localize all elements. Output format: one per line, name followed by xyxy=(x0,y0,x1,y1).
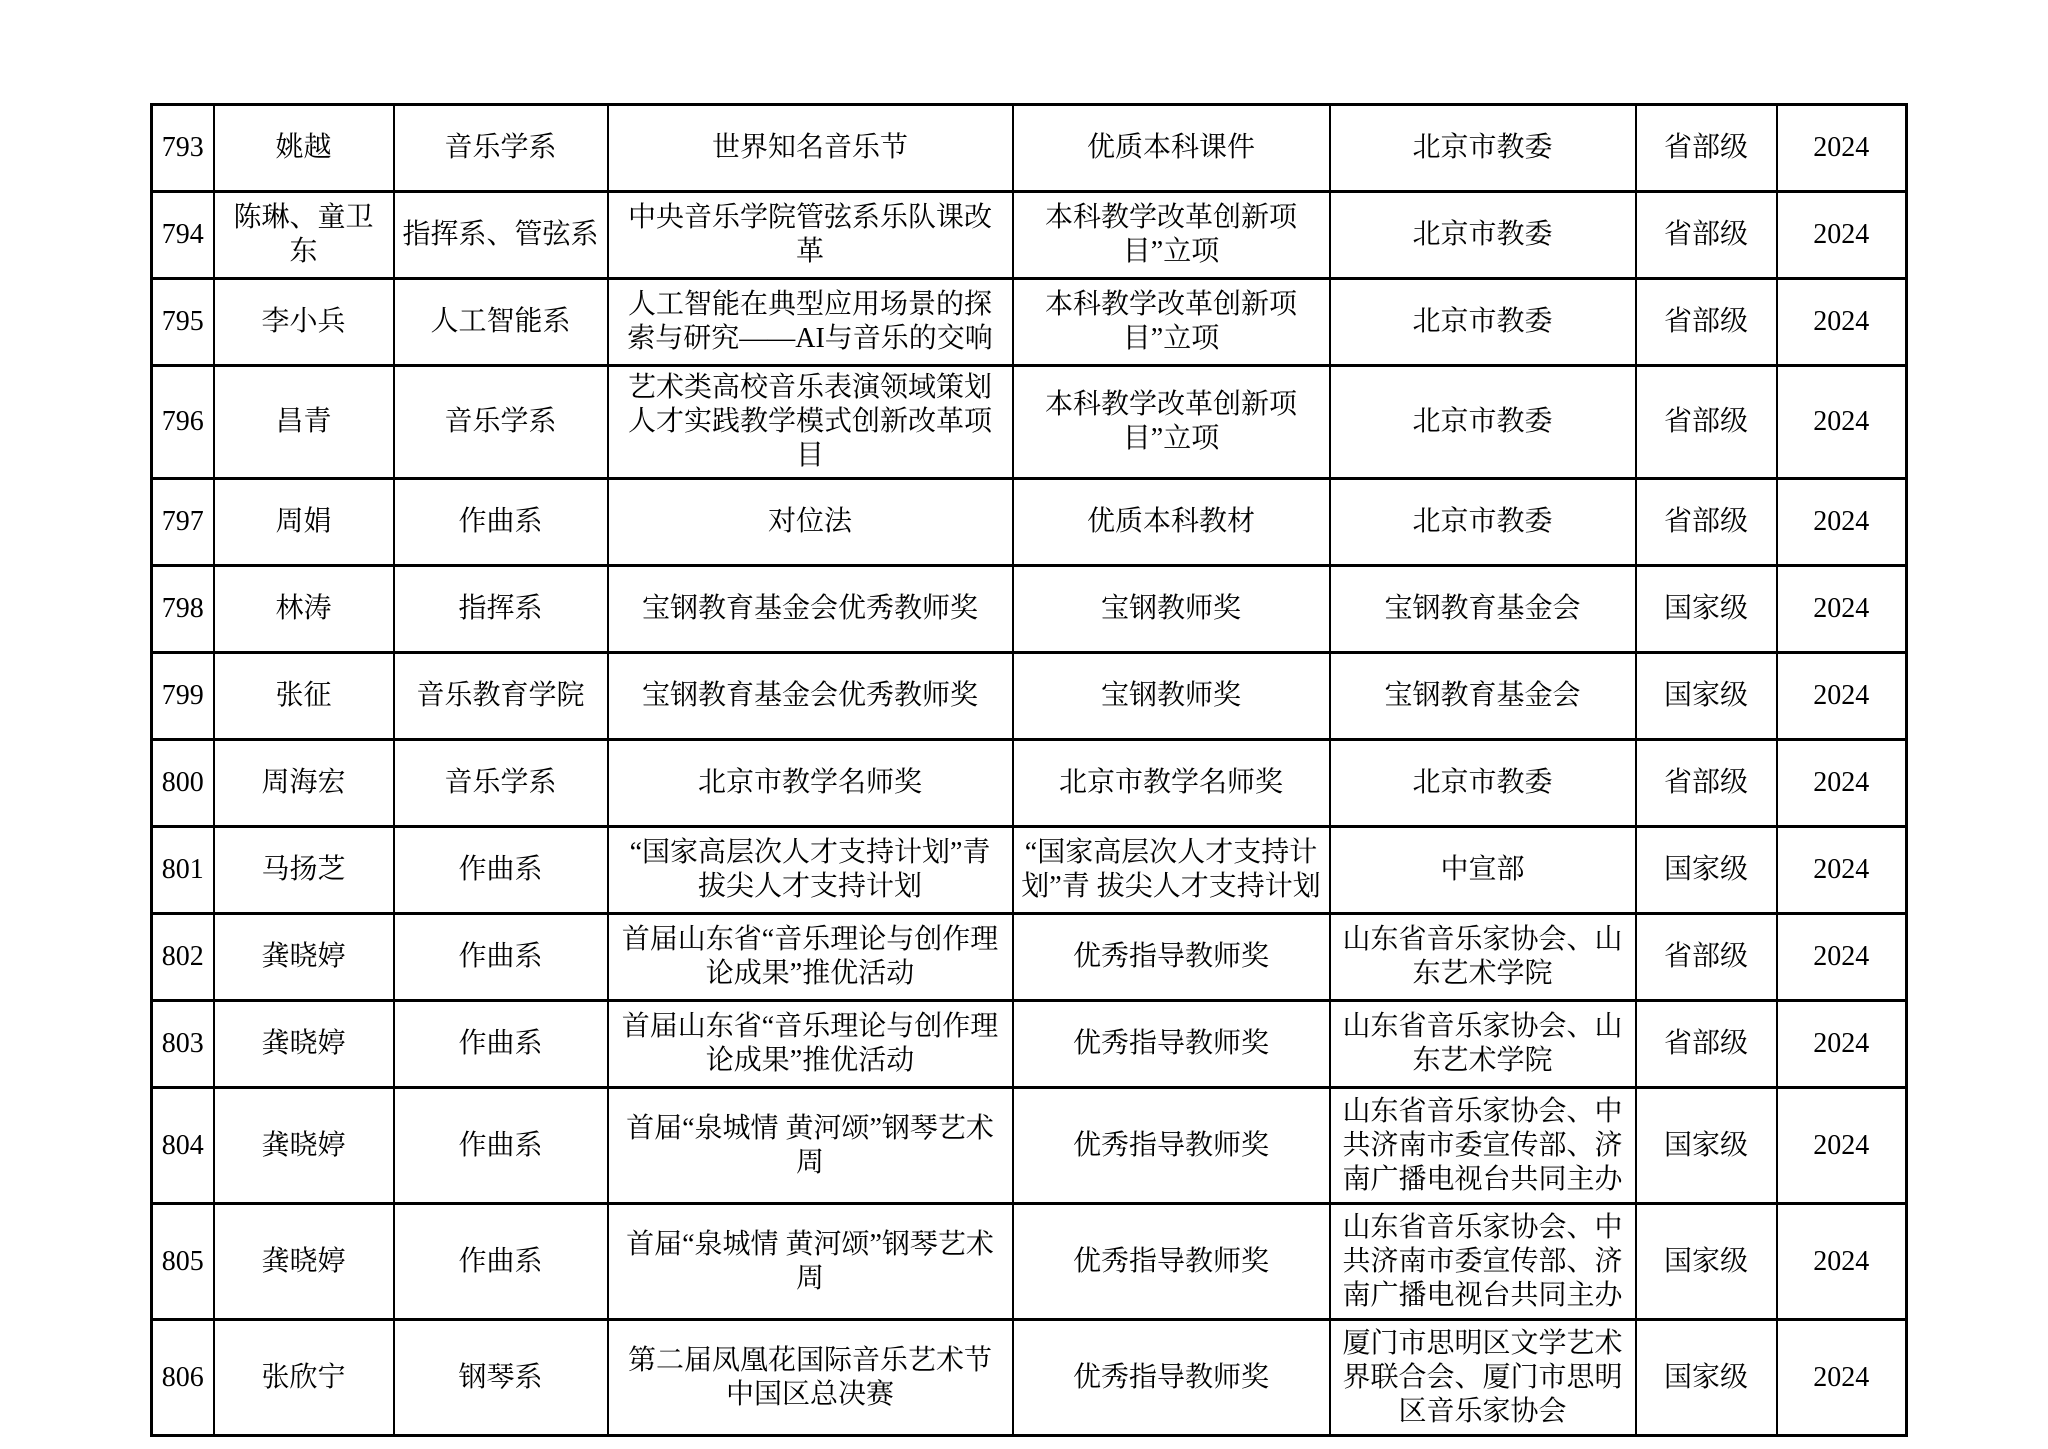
awards-table: 793姚越音乐学系世界知名音乐节优质本科课件北京市教委省部级2024794陈琳、… xyxy=(150,103,1908,1437)
cell-id: 799 xyxy=(152,653,214,740)
table-row: 794陈琳、童卫东指挥系、管弦系中央音乐学院管弦系乐队课改革本科教学改革创新项目… xyxy=(152,192,1907,279)
cell-id: 806 xyxy=(152,1320,214,1436)
cell-level: 国家级 xyxy=(1636,827,1777,914)
cell-level: 国家级 xyxy=(1636,566,1777,653)
cell-name: 龚晓婷 xyxy=(214,1088,394,1204)
cell-year: 2024 xyxy=(1777,827,1907,914)
cell-award: “国家高层次人才支持计划”青 拔尖人才支持计划 xyxy=(1013,827,1330,914)
cell-department: 作曲系 xyxy=(394,479,608,566)
cell-year: 2024 xyxy=(1777,479,1907,566)
cell-year: 2024 xyxy=(1777,653,1907,740)
cell-department: 作曲系 xyxy=(394,1001,608,1088)
cell-award: 宝钢教师奖 xyxy=(1013,566,1330,653)
cell-level: 省部级 xyxy=(1636,914,1777,1001)
cell-department: 指挥系、管弦系 xyxy=(394,192,608,279)
table-row: 795李小兵人工智能系人工智能在典型应用场景的探索与研究——AI与音乐的交响本科… xyxy=(152,279,1907,366)
cell-project: 首届山东省“音乐理论与创作理论成果”推优活动 xyxy=(608,1001,1013,1088)
cell-id: 801 xyxy=(152,827,214,914)
cell-id: 803 xyxy=(152,1001,214,1088)
cell-award: 优秀指导教师奖 xyxy=(1013,1204,1330,1320)
cell-name: 昌青 xyxy=(214,366,394,479)
cell-year: 2024 xyxy=(1777,1320,1907,1436)
cell-award: 优质本科课件 xyxy=(1013,105,1330,192)
cell-organization: 山东省音乐家协会、中共济南市委宣传部、济南广播电视台共同主办 xyxy=(1330,1088,1636,1204)
cell-id: 795 xyxy=(152,279,214,366)
cell-year: 2024 xyxy=(1777,566,1907,653)
cell-level: 省部级 xyxy=(1636,479,1777,566)
cell-project: 首届“泉城情 黄河颂”钢琴艺术周 xyxy=(608,1088,1013,1204)
cell-project: 宝钢教育基金会优秀教师奖 xyxy=(608,653,1013,740)
cell-project: 人工智能在典型应用场景的探索与研究——AI与音乐的交响 xyxy=(608,279,1013,366)
cell-id: 797 xyxy=(152,479,214,566)
cell-level: 省部级 xyxy=(1636,740,1777,827)
cell-department: 作曲系 xyxy=(394,1088,608,1204)
cell-project: 第二届凤凰花国际音乐艺术节中国区总决赛 xyxy=(608,1320,1013,1436)
cell-name: 龚晓婷 xyxy=(214,1204,394,1320)
cell-name: 张征 xyxy=(214,653,394,740)
cell-name: 姚越 xyxy=(214,105,394,192)
cell-award: 优秀指导教师奖 xyxy=(1013,1001,1330,1088)
cell-organization: 北京市教委 xyxy=(1330,366,1636,479)
cell-award: 优秀指导教师奖 xyxy=(1013,914,1330,1001)
cell-project: 对位法 xyxy=(608,479,1013,566)
cell-name: 马扬芝 xyxy=(214,827,394,914)
cell-project: “国家高层次人才支持计划”青 拔尖人才支持计划 xyxy=(608,827,1013,914)
cell-id: 800 xyxy=(152,740,214,827)
cell-name: 周海宏 xyxy=(214,740,394,827)
cell-year: 2024 xyxy=(1777,914,1907,1001)
table-row: 804龚晓婷作曲系首届“泉城情 黄河颂”钢琴艺术周优秀指导教师奖山东省音乐家协会… xyxy=(152,1088,1907,1204)
cell-level: 国家级 xyxy=(1636,1204,1777,1320)
cell-name: 张欣宁 xyxy=(214,1320,394,1436)
cell-project: 宝钢教育基金会优秀教师奖 xyxy=(608,566,1013,653)
cell-level: 省部级 xyxy=(1636,192,1777,279)
cell-department: 音乐学系 xyxy=(394,366,608,479)
cell-department: 作曲系 xyxy=(394,827,608,914)
table-row: 802龚晓婷作曲系首届山东省“音乐理论与创作理论成果”推优活动优秀指导教师奖山东… xyxy=(152,914,1907,1001)
cell-name: 龚晓婷 xyxy=(214,914,394,1001)
cell-organization: 山东省音乐家协会、中共济南市委宣传部、济南广播电视台共同主办 xyxy=(1330,1204,1636,1320)
cell-department: 作曲系 xyxy=(394,1204,608,1320)
cell-level: 省部级 xyxy=(1636,105,1777,192)
cell-project: 艺术类高校音乐表演领域策划人才实践教学模式创新改革项目 xyxy=(608,366,1013,479)
table-row: 801马扬芝作曲系“国家高层次人才支持计划”青 拔尖人才支持计划“国家高层次人才… xyxy=(152,827,1907,914)
table-row: 806张欣宁钢琴系第二届凤凰花国际音乐艺术节中国区总决赛优秀指导教师奖厦门市思明… xyxy=(152,1320,1907,1436)
cell-level: 国家级 xyxy=(1636,1320,1777,1436)
table-row: 796昌青音乐学系艺术类高校音乐表演领域策划人才实践教学模式创新改革项目本科教学… xyxy=(152,366,1907,479)
cell-organization: 北京市教委 xyxy=(1330,479,1636,566)
cell-name: 李小兵 xyxy=(214,279,394,366)
cell-name: 林涛 xyxy=(214,566,394,653)
cell-name: 陈琳、童卫东 xyxy=(214,192,394,279)
cell-organization: 厦门市思明区文学艺术界联合会、厦门市思明区音乐家协会 xyxy=(1330,1320,1636,1436)
cell-award: 北京市教学名师奖 xyxy=(1013,740,1330,827)
table-row: 805龚晓婷作曲系首届“泉城情 黄河颂”钢琴艺术周优秀指导教师奖山东省音乐家协会… xyxy=(152,1204,1907,1320)
cell-project: 首届“泉城情 黄河颂”钢琴艺术周 xyxy=(608,1204,1013,1320)
cell-organization: 北京市教委 xyxy=(1330,105,1636,192)
cell-project: 中央音乐学院管弦系乐队课改革 xyxy=(608,192,1013,279)
cell-level: 省部级 xyxy=(1636,279,1777,366)
table-row: 793姚越音乐学系世界知名音乐节优质本科课件北京市教委省部级2024 xyxy=(152,105,1907,192)
cell-award: 本科教学改革创新项目”立项 xyxy=(1013,279,1330,366)
cell-organization: 北京市教委 xyxy=(1330,192,1636,279)
cell-award: 优秀指导教师奖 xyxy=(1013,1088,1330,1204)
cell-name: 龚晓婷 xyxy=(214,1001,394,1088)
table-row: 799张征音乐教育学院宝钢教育基金会优秀教师奖宝钢教师奖宝钢教育基金会国家级20… xyxy=(152,653,1907,740)
cell-award: 优秀指导教师奖 xyxy=(1013,1320,1330,1436)
cell-year: 2024 xyxy=(1777,1001,1907,1088)
cell-award: 本科教学改革创新项目”立项 xyxy=(1013,192,1330,279)
cell-year: 2024 xyxy=(1777,740,1907,827)
table-row: 803龚晓婷作曲系首届山东省“音乐理论与创作理论成果”推优活动优秀指导教师奖山东… xyxy=(152,1001,1907,1088)
cell-id: 802 xyxy=(152,914,214,1001)
cell-organization: 山东省音乐家协会、山东艺术学院 xyxy=(1330,1001,1636,1088)
cell-project: 世界知名音乐节 xyxy=(608,105,1013,192)
cell-award: 优质本科教材 xyxy=(1013,479,1330,566)
cell-organization: 北京市教委 xyxy=(1330,279,1636,366)
cell-department: 音乐学系 xyxy=(394,740,608,827)
cell-id: 804 xyxy=(152,1088,214,1204)
cell-year: 2024 xyxy=(1777,279,1907,366)
cell-level: 省部级 xyxy=(1636,1001,1777,1088)
cell-year: 2024 xyxy=(1777,1204,1907,1320)
cell-organization: 山东省音乐家协会、山东艺术学院 xyxy=(1330,914,1636,1001)
cell-department: 钢琴系 xyxy=(394,1320,608,1436)
cell-year: 2024 xyxy=(1777,366,1907,479)
cell-id: 805 xyxy=(152,1204,214,1320)
cell-department: 人工智能系 xyxy=(394,279,608,366)
cell-level: 国家级 xyxy=(1636,653,1777,740)
cell-department: 指挥系 xyxy=(394,566,608,653)
cell-organization: 北京市教委 xyxy=(1330,740,1636,827)
cell-award: 本科教学改革创新项目”立项 xyxy=(1013,366,1330,479)
cell-organization: 宝钢教育基金会 xyxy=(1330,566,1636,653)
cell-name: 周娟 xyxy=(214,479,394,566)
cell-id: 796 xyxy=(152,366,214,479)
cell-level: 省部级 xyxy=(1636,366,1777,479)
cell-year: 2024 xyxy=(1777,105,1907,192)
cell-year: 2024 xyxy=(1777,192,1907,279)
table-row: 797周娟作曲系对位法优质本科教材北京市教委省部级2024 xyxy=(152,479,1907,566)
cell-department: 音乐教育学院 xyxy=(394,653,608,740)
cell-id: 793 xyxy=(152,105,214,192)
cell-level: 国家级 xyxy=(1636,1088,1777,1204)
table-row: 800周海宏音乐学系北京市教学名师奖北京市教学名师奖北京市教委省部级2024 xyxy=(152,740,1907,827)
cell-organization: 中宣部 xyxy=(1330,827,1636,914)
document-page: 793姚越音乐学系世界知名音乐节优质本科课件北京市教委省部级2024794陈琳、… xyxy=(0,0,2048,1449)
cell-award: 宝钢教师奖 xyxy=(1013,653,1330,740)
cell-project: 首届山东省“音乐理论与创作理论成果”推优活动 xyxy=(608,914,1013,1001)
cell-year: 2024 xyxy=(1777,1088,1907,1204)
table-row: 798林涛指挥系宝钢教育基金会优秀教师奖宝钢教师奖宝钢教育基金会国家级2024 xyxy=(152,566,1907,653)
cell-department: 音乐学系 xyxy=(394,105,608,192)
cell-department: 作曲系 xyxy=(394,914,608,1001)
cell-id: 794 xyxy=(152,192,214,279)
cell-organization: 宝钢教育基金会 xyxy=(1330,653,1636,740)
awards-table-body: 793姚越音乐学系世界知名音乐节优质本科课件北京市教委省部级2024794陈琳、… xyxy=(152,105,1907,1436)
cell-id: 798 xyxy=(152,566,214,653)
cell-project: 北京市教学名师奖 xyxy=(608,740,1013,827)
